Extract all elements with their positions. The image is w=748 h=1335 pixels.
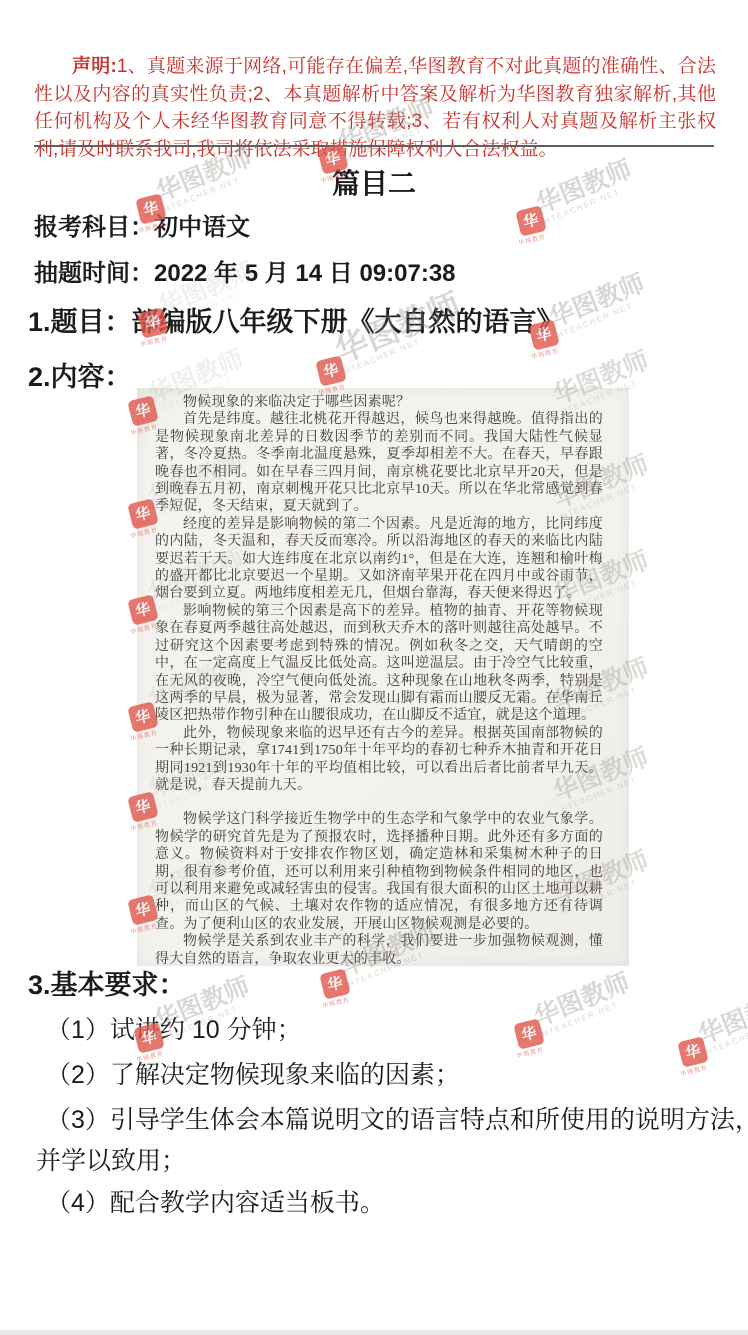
huatu-watermark-text: 华图教师HTEACHER.NET — [531, 970, 636, 1039]
article-paragraph: 经度的差异是影响物候的第二个因素。凡是近海的地方，比同纬度的内陆，冬天温和，春天… — [155, 516, 603, 603]
subject-field: 报考科目：初中语文 — [34, 207, 250, 242]
huatu-watermark: 华华图教育华图教师HTEACHER.NET — [518, 208, 544, 234]
huatu-logo-icon: 华 — [315, 355, 347, 387]
huatu-logo-icon: 华 — [513, 1018, 545, 1050]
huatu-watermark: 华华图教育华图教师HTEACHER.NET — [516, 1021, 542, 1047]
subject-value: 初中语文 — [154, 214, 250, 241]
draw-time-field: 抽题时间：2022 年 5 月 14 日 09:07:38 — [34, 253, 456, 288]
huatu-logo-caption: 华图教育 — [321, 995, 348, 1010]
question-label: 1.题目： — [28, 307, 132, 337]
horizontal-rule — [34, 145, 714, 147]
article-paragraph: 此外，物候现象来临的迟早还有古今的差异。根据英国南部物候的一种长期记录，拿174… — [155, 725, 603, 795]
article-paragraph: 首先是纬度。越往北桃花开得越迟，候鸟也来得越晚。值得指出的是物候现象南北差异的日… — [155, 411, 603, 515]
content-heading: 2.内容： — [28, 355, 132, 394]
page-bottom-edge — [0, 1330, 748, 1335]
disclaimer-body: 1、真题来源于网络,可能存在偏差,华图教育不对此真题的准确性、合法性以及内容的真… — [34, 56, 716, 160]
draw-time-label: 抽题时间： — [34, 260, 154, 287]
huatu-watermark: 华华图教育华图教师HTEACHER.NET — [322, 971, 348, 997]
disclaimer-label: 声明: — [72, 56, 117, 77]
huatu-logo-caption: 华图教育 — [530, 346, 557, 361]
requirement-item-2: （2）了解决定物候现象来临的因素； — [46, 1055, 460, 1091]
question-value: 部编版八年级下册《大自然的语言》 — [132, 307, 564, 337]
huatu-watermark: 华华图教育华图教师HTEACHER.NET — [318, 358, 344, 384]
article-paragraph: 影响物候的第三个因素是高下的差异。植物的抽青、开花等物候现象在春夏两季越往高处越… — [155, 603, 603, 725]
draw-time-value: 2022 年 5 月 14 日 09:07:38 — [154, 260, 456, 287]
article-paragraph: 物候现象的来临决定于哪些因素呢？ — [155, 394, 603, 411]
question-heading: 1.题目：部编版八年级下册《大自然的语言》 — [28, 300, 564, 339]
requirement-item-3-line-2: 并学以致用； — [36, 1141, 186, 1177]
huatu-watermark: 华华图教育华图教师HTEACHER.NET — [680, 1039, 706, 1065]
huatu-logo-caption: 华图教育 — [517, 232, 544, 247]
huatu-logo-icon: 华 — [515, 205, 547, 237]
huatu-logo-icon: 华 — [677, 1036, 709, 1068]
huatu-logo-caption: 华图教育 — [679, 1063, 706, 1078]
requirements-heading: 3.基本要求： — [28, 963, 186, 1002]
article-paragraph: 物候学是关系到农业丰产的科学，我们要进一步加强物候观测，懂得大自然的语言，争取农… — [155, 933, 603, 968]
article-paragraph: 物候学这门科学接近生物学中的生态学和气象学中的农业气象学。物候学的研究首先是为了… — [155, 811, 603, 933]
article-scan: 物候现象的来临决定于哪些因素呢？ 首先是纬度。越往北桃花开得越迟，候鸟也来得越晚… — [137, 388, 629, 966]
page-title: 篇目二 — [0, 162, 748, 202]
requirement-item-4: （4）配合教学内容适当板书。 — [46, 1183, 385, 1219]
subject-label: 报考科目： — [34, 214, 154, 241]
huatu-logo-icon: 华 — [319, 968, 351, 1000]
huatu-watermark-text: 华图教师HTEACHER.NET — [695, 988, 748, 1057]
requirement-item-3-line-1: （3）引导学生体会本篇说明文的语言特点和所使用的说明方法， — [46, 1100, 748, 1136]
huatu-logo-caption: 华图教育 — [515, 1045, 542, 1060]
requirement-item-1: （1）试讲约 10 分钟； — [46, 1010, 302, 1046]
